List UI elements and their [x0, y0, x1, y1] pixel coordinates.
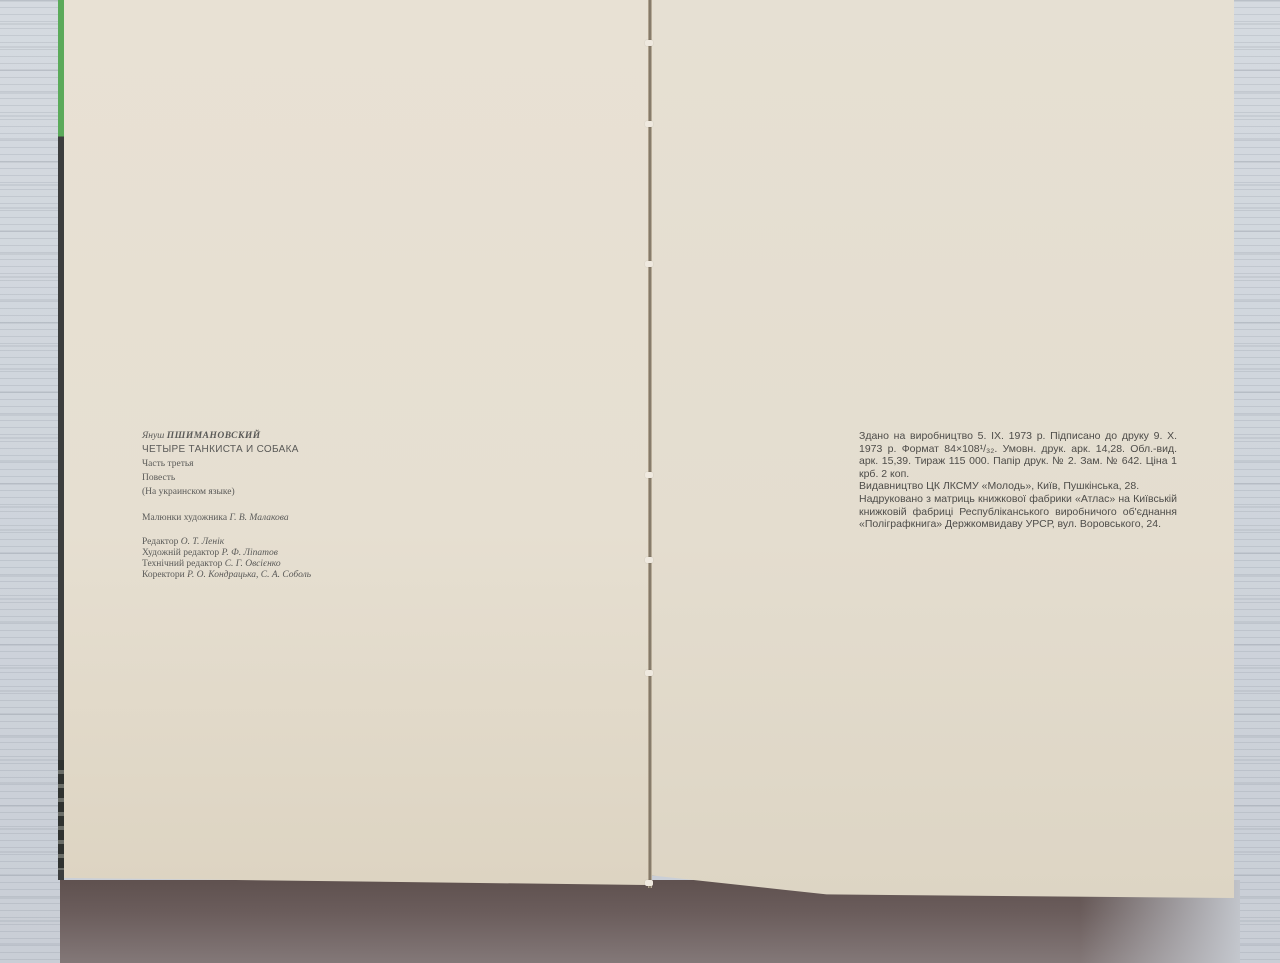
binding-stitch: [645, 261, 653, 267]
credit-name: О. Т. Ленік: [181, 537, 225, 547]
credit-role: Художній редактор: [142, 548, 219, 558]
author-line: Януш ПШИМАНОВСКИЙ: [142, 429, 412, 443]
book-cover-edge: [58, 0, 64, 880]
imprint-publisher: Видавництво ЦК ЛКСМУ «Молодь», Київ, Пуш…: [859, 480, 1177, 493]
credit-role: Коректори: [142, 570, 185, 580]
illustrations-label: Малюнки художника: [142, 513, 227, 523]
binding-stitch: [645, 880, 653, 886]
binding-stitch: [645, 557, 653, 563]
illustrator-name: Г. В. Малакова: [229, 513, 288, 523]
credit-name: Р. О. Кондрацька, С. А. Соболь: [187, 570, 311, 580]
binding-stitch: [645, 670, 653, 676]
imprint-production-details: Здано на виробництво 5. IX. 1973 р. Підп…: [859, 430, 1177, 480]
imprint-printer: Надруковано з матриць книжкової фабрики …: [859, 493, 1177, 531]
book-part: Часть третья: [142, 457, 412, 471]
credit-role: Технічний редактор: [142, 559, 222, 569]
binding-stitch: [645, 40, 653, 46]
author-last-name: ПШИМАНОВСКИЙ: [167, 431, 261, 441]
binding-stitch: [645, 472, 653, 478]
left-page-colophon: Януш ПШИМАНОВСКИЙ ЧЕТЫРЕ ТАНКИСТА И СОБА…: [142, 429, 412, 581]
book-spine-gutter: [648, 0, 652, 888]
credit-line: Технічний редактор С. Г. Овсієнко: [142, 559, 412, 570]
binding-stitch: [645, 121, 653, 127]
author-first-name: Януш: [142, 431, 164, 441]
book-genre: Повесть: [142, 471, 412, 485]
book-title: ЧЕТЫРЕ ТАНКИСТА И СОБАКА: [142, 443, 412, 457]
credit-role: Редактор: [142, 537, 178, 547]
credit-line: Редактор О. Т. Ленік: [142, 537, 412, 548]
right-page-imprint: Здано на виробництво 5. IX. 1973 р. Підп…: [859, 430, 1177, 531]
credit-line: Коректори Р. О. Кондрацька, С. А. Соболь: [142, 570, 412, 581]
illustrations-credit: Малюнки художника Г. В. Малакова: [142, 511, 412, 525]
credit-name: С. Г. Овсієнко: [225, 559, 281, 569]
credit-name: Р. Ф. Ліпатов: [222, 548, 278, 558]
language-note: (На украинском языке): [142, 485, 412, 499]
editorial-credits: Редактор О. Т. Ленік Художній редактор Р…: [142, 537, 412, 581]
credit-line: Художній редактор Р. Ф. Ліпатов: [142, 548, 412, 559]
